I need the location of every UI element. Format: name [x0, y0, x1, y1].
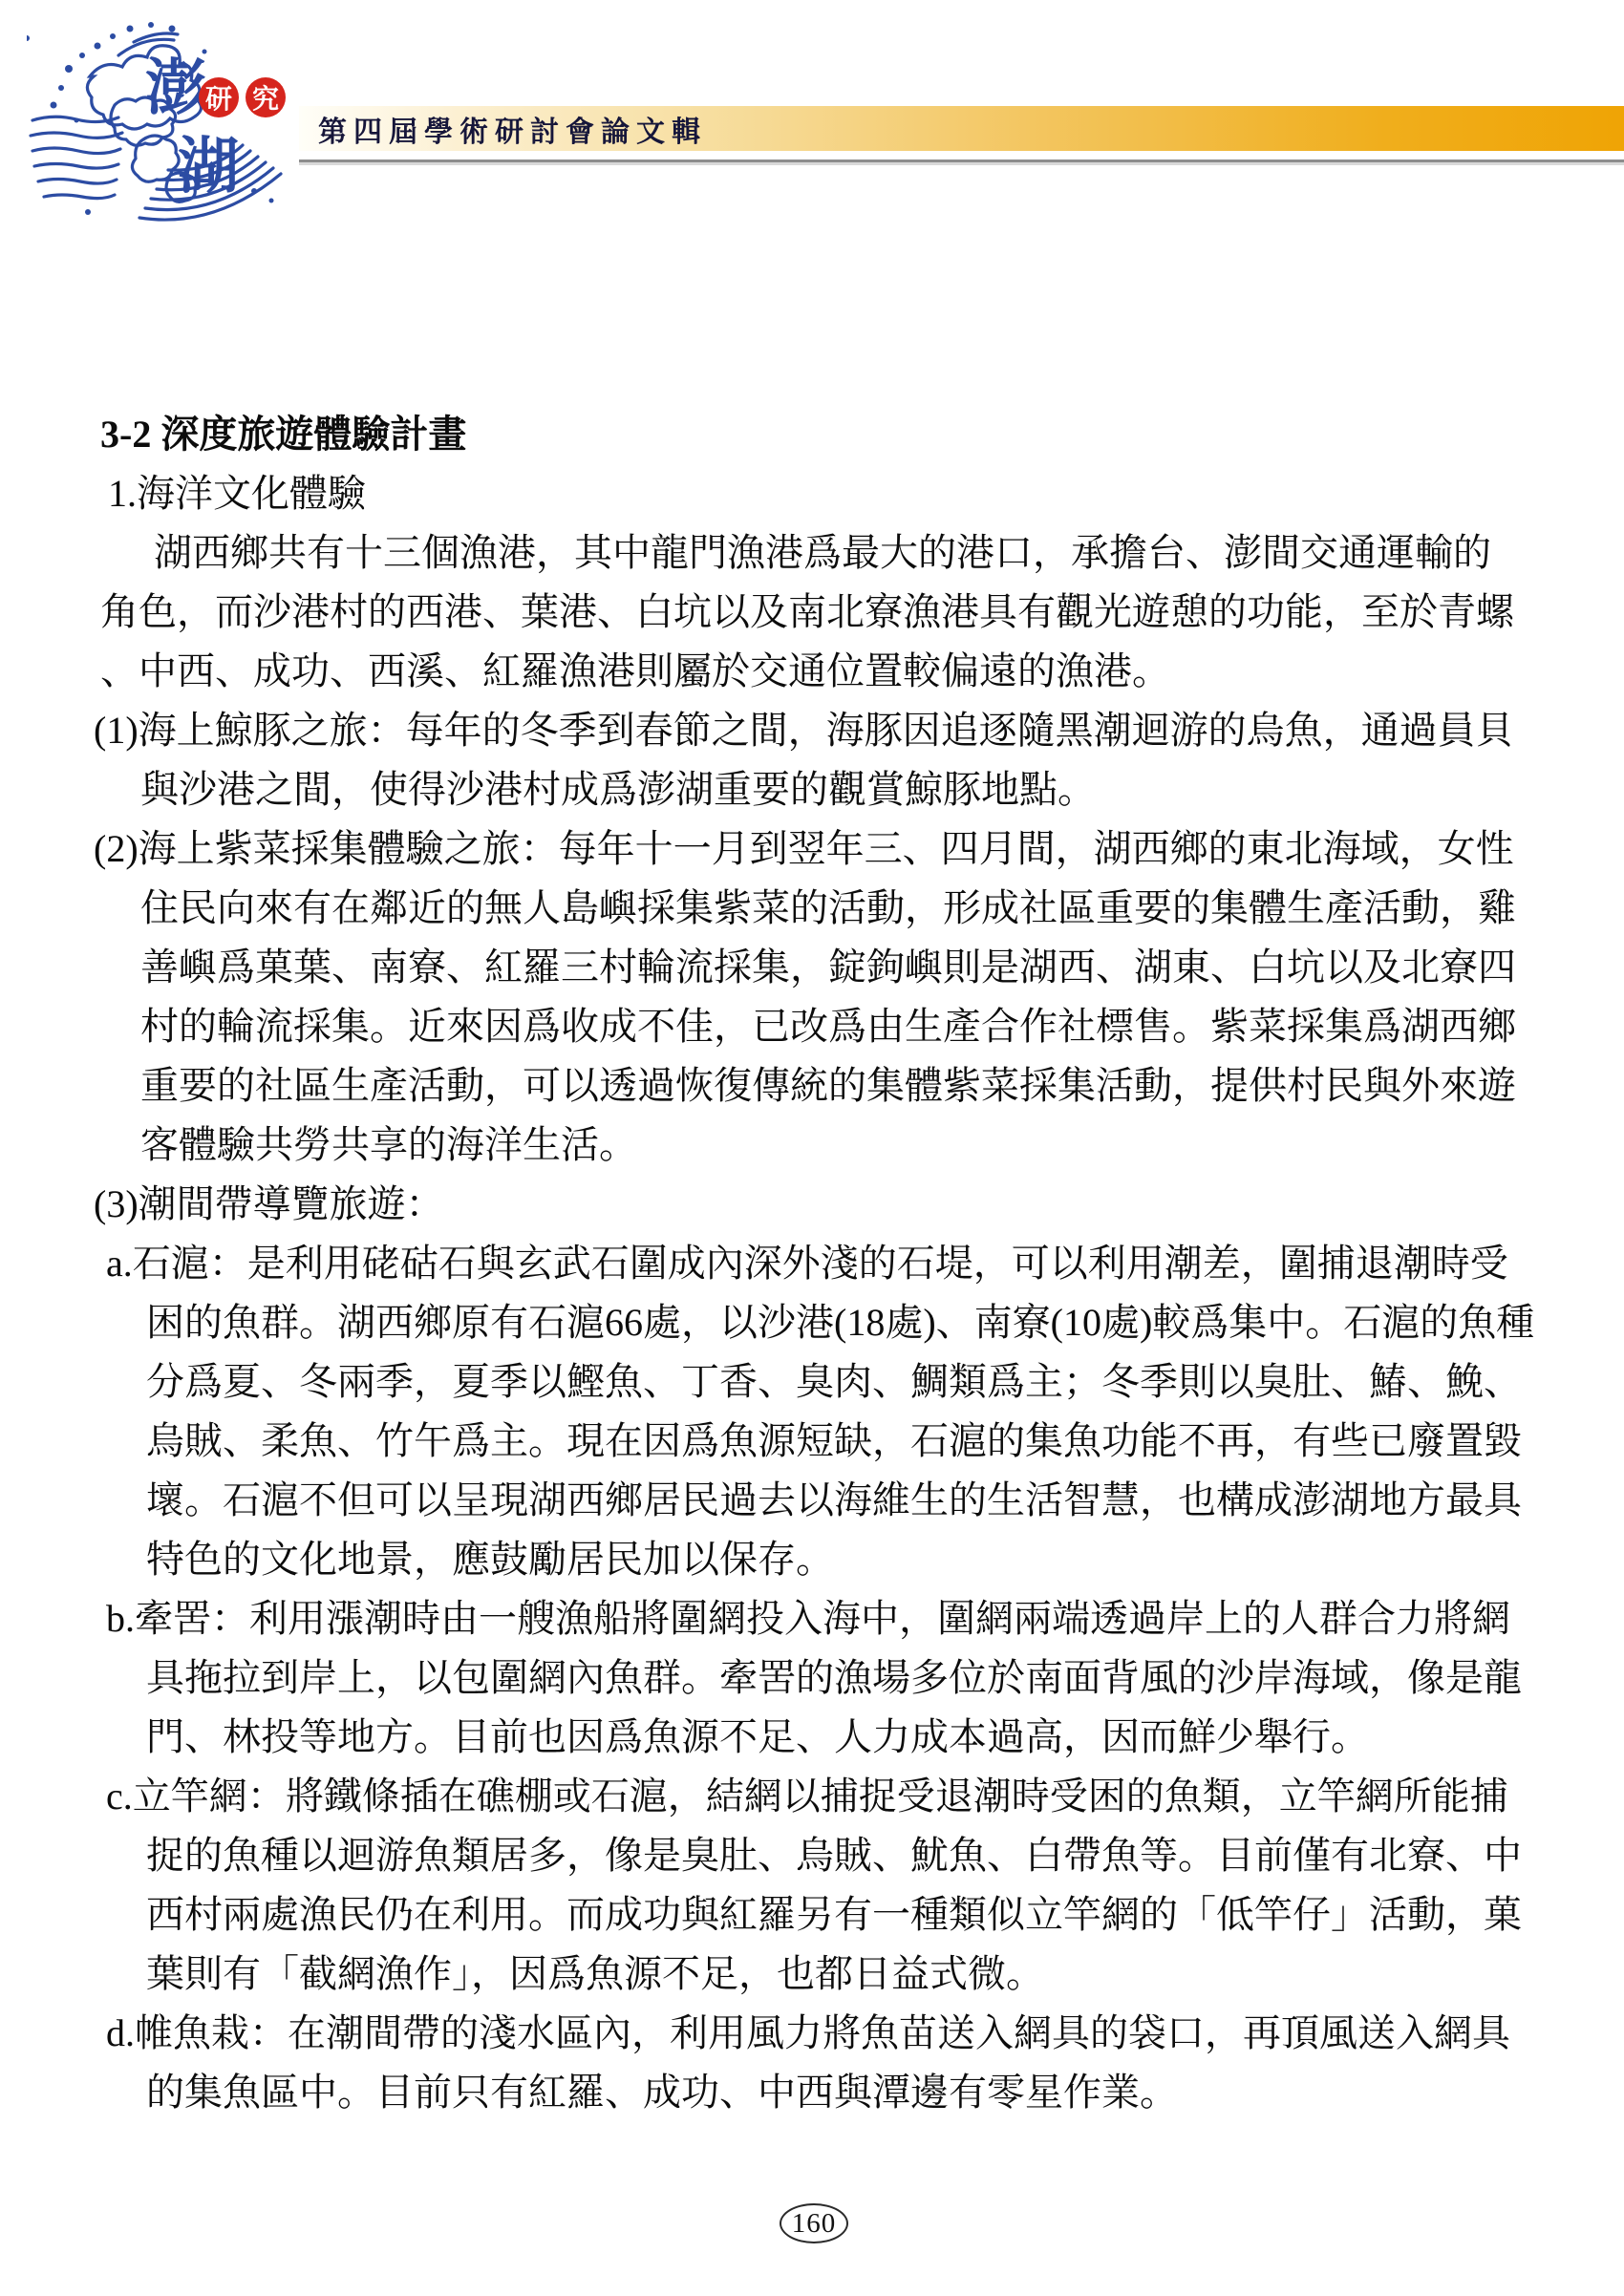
- svg-text:究: 究: [252, 83, 279, 115]
- text-line: 3-2 深度旅遊體驗計畫: [100, 405, 1545, 464]
- body-text: 3-2 深度旅遊體驗計畫1.海洋文化體驗湖西鄉共有十三個漁港，其中龍門漁港爲最大…: [100, 405, 1545, 2122]
- text-line: 與沙港之間，使得沙港村成爲澎湖重要的觀賞鯨豚地點。: [100, 760, 1545, 819]
- text-line: 葉則有「截網漁作」，因爲魚源不足，也都日益式微。: [100, 1945, 1545, 2004]
- research-seal-left-icon: 研: [199, 77, 239, 117]
- text-line: (3)潮間帶導覽旅遊：: [94, 1175, 1545, 1234]
- text-line: 分爲夏、冬兩季，夏季以鰹魚、丁香、臭肉、鯛類爲主；冬季則以臭肚、鰆、鮸、: [100, 1352, 1545, 1412]
- text-line: 客體驗共勞共享的海洋生活。: [100, 1116, 1545, 1175]
- header-divider: [299, 159, 1624, 162]
- text-line: 住民向來有在鄰近的無人島嶼採集紫菜的活動，形成社區重要的集體生產活動，雞: [100, 879, 1545, 938]
- text-line: 捉的魚種以迴游魚類居多，像是臭肚、烏賊、魷魚、白帶魚等。目前僅有北寮、中: [100, 1826, 1545, 1885]
- text-line: (2)海上紫菜採集體驗之旅：每年十一月到翌年三、四月間，湖西鄉的東北海域，女性: [94, 819, 1545, 879]
- text-line: b.牽罟：利用漲潮時由一艘漁船將圍網投入海中，圍網兩端透過岸上的人群合力將網: [100, 1589, 1545, 1648]
- text-line: (1)海上鯨豚之旅：每年的冬季到春節之間，海豚因追逐隨黑潮迴游的烏魚，通過員貝: [94, 701, 1545, 760]
- text-line: 、中西、成功、西溪、紅羅漁港則屬於交通位置較偏遠的漁港。: [100, 642, 1545, 701]
- logo-char-penghu-1: 澎: [145, 54, 206, 122]
- text-line: 村的輪流採集。近來因爲收成不佳，已改爲由生產合作社標售。紫菜採集爲湖西鄉: [100, 997, 1545, 1056]
- proceedings-title: 第四屆學術研討會論文輯: [318, 108, 707, 150]
- svg-text:研: 研: [205, 84, 232, 115]
- research-seal-right-icon: 究: [246, 77, 286, 117]
- text-line: 重要的社區生產活動，可以透過恢復傳統的集體紫菜採集活動，提供村民與外來遊: [100, 1056, 1545, 1116]
- text-line: 湖西鄉共有十三個漁港，其中龍門漁港爲最大的港口，承擔台、澎間交通運輸的: [100, 523, 1545, 583]
- text-line: 善嶼爲菓葉、南寮、紅羅三村輪流採集，錠鉤嶼則是湖西、湖東、白坑以及北寮四: [100, 938, 1545, 997]
- logo-char-penghu-2: 湖: [178, 133, 239, 201]
- header-banner: 第四屆學術研討會論文輯: [299, 106, 1624, 151]
- text-line: 的集魚區中。目前只有紅羅、成功、中西與潭邊有零星作業。: [100, 2063, 1545, 2122]
- page-number-badge: 160: [780, 2203, 848, 2243]
- document-page: { "header": { "banner_title": "第四屆學術研討會論…: [0, 0, 1624, 2296]
- text-line: c.立竿網：將鐵條插在礁棚或石滬，結網以捕捉受退潮時受困的魚類，立竿網所能捕: [100, 1767, 1545, 1826]
- text-line: 西村兩處漁民仍在利用。而成功與紅羅另有一種類似立竿網的「低竿仔」活動，菓: [100, 1885, 1545, 1945]
- text-line: 特色的文化地景，應鼓勵居民加以保存。: [100, 1530, 1545, 1589]
- text-line: a.石滬：是利用硓𥑮石與玄武石圍成內深外淺的石堤，可以利用潮差，圍捕退潮時受: [100, 1234, 1545, 1293]
- text-line: 壞。石滬不但可以呈現湖西鄉居民過去以海維生的生活智慧，也構成澎湖地方最具: [100, 1471, 1545, 1530]
- wave-splash-icon: 澎 湖 研 究: [27, 13, 300, 246]
- text-line: 具拖拉到岸上，以包圍網內魚群。牽罟的漁場多位於南面背風的沙岸海域，像是龍: [100, 1648, 1545, 1708]
- text-line: d.帷魚栽：在潮間帶的淺水區內，利用風力將魚苗送入網具的袋口，再頂風送入網具: [100, 2004, 1545, 2063]
- text-line: 困的魚群。湖西鄉原有石滬66處，以沙港(18處)、南寮(10處)較爲集中。石滬的…: [100, 1293, 1545, 1352]
- text-line: 角色，而沙港村的西港、葉港、白坑以及南北寮漁港具有觀光遊憩的功能，至於青螺: [100, 583, 1545, 642]
- page-number: 160: [792, 2208, 837, 2240]
- text-line: 1.海洋文化體驗: [100, 464, 1545, 523]
- penghu-waves-logo: 澎 湖 研 究: [27, 13, 300, 246]
- text-line: 烏賊、柔魚、竹午爲主。現在因爲魚源短缺，石滬的集魚功能不再，有些已廢置毀: [100, 1412, 1545, 1471]
- text-line: 門、林投等地方。目前也因爲魚源不足、人力成本過高，因而鮮少舉行。: [100, 1708, 1545, 1767]
